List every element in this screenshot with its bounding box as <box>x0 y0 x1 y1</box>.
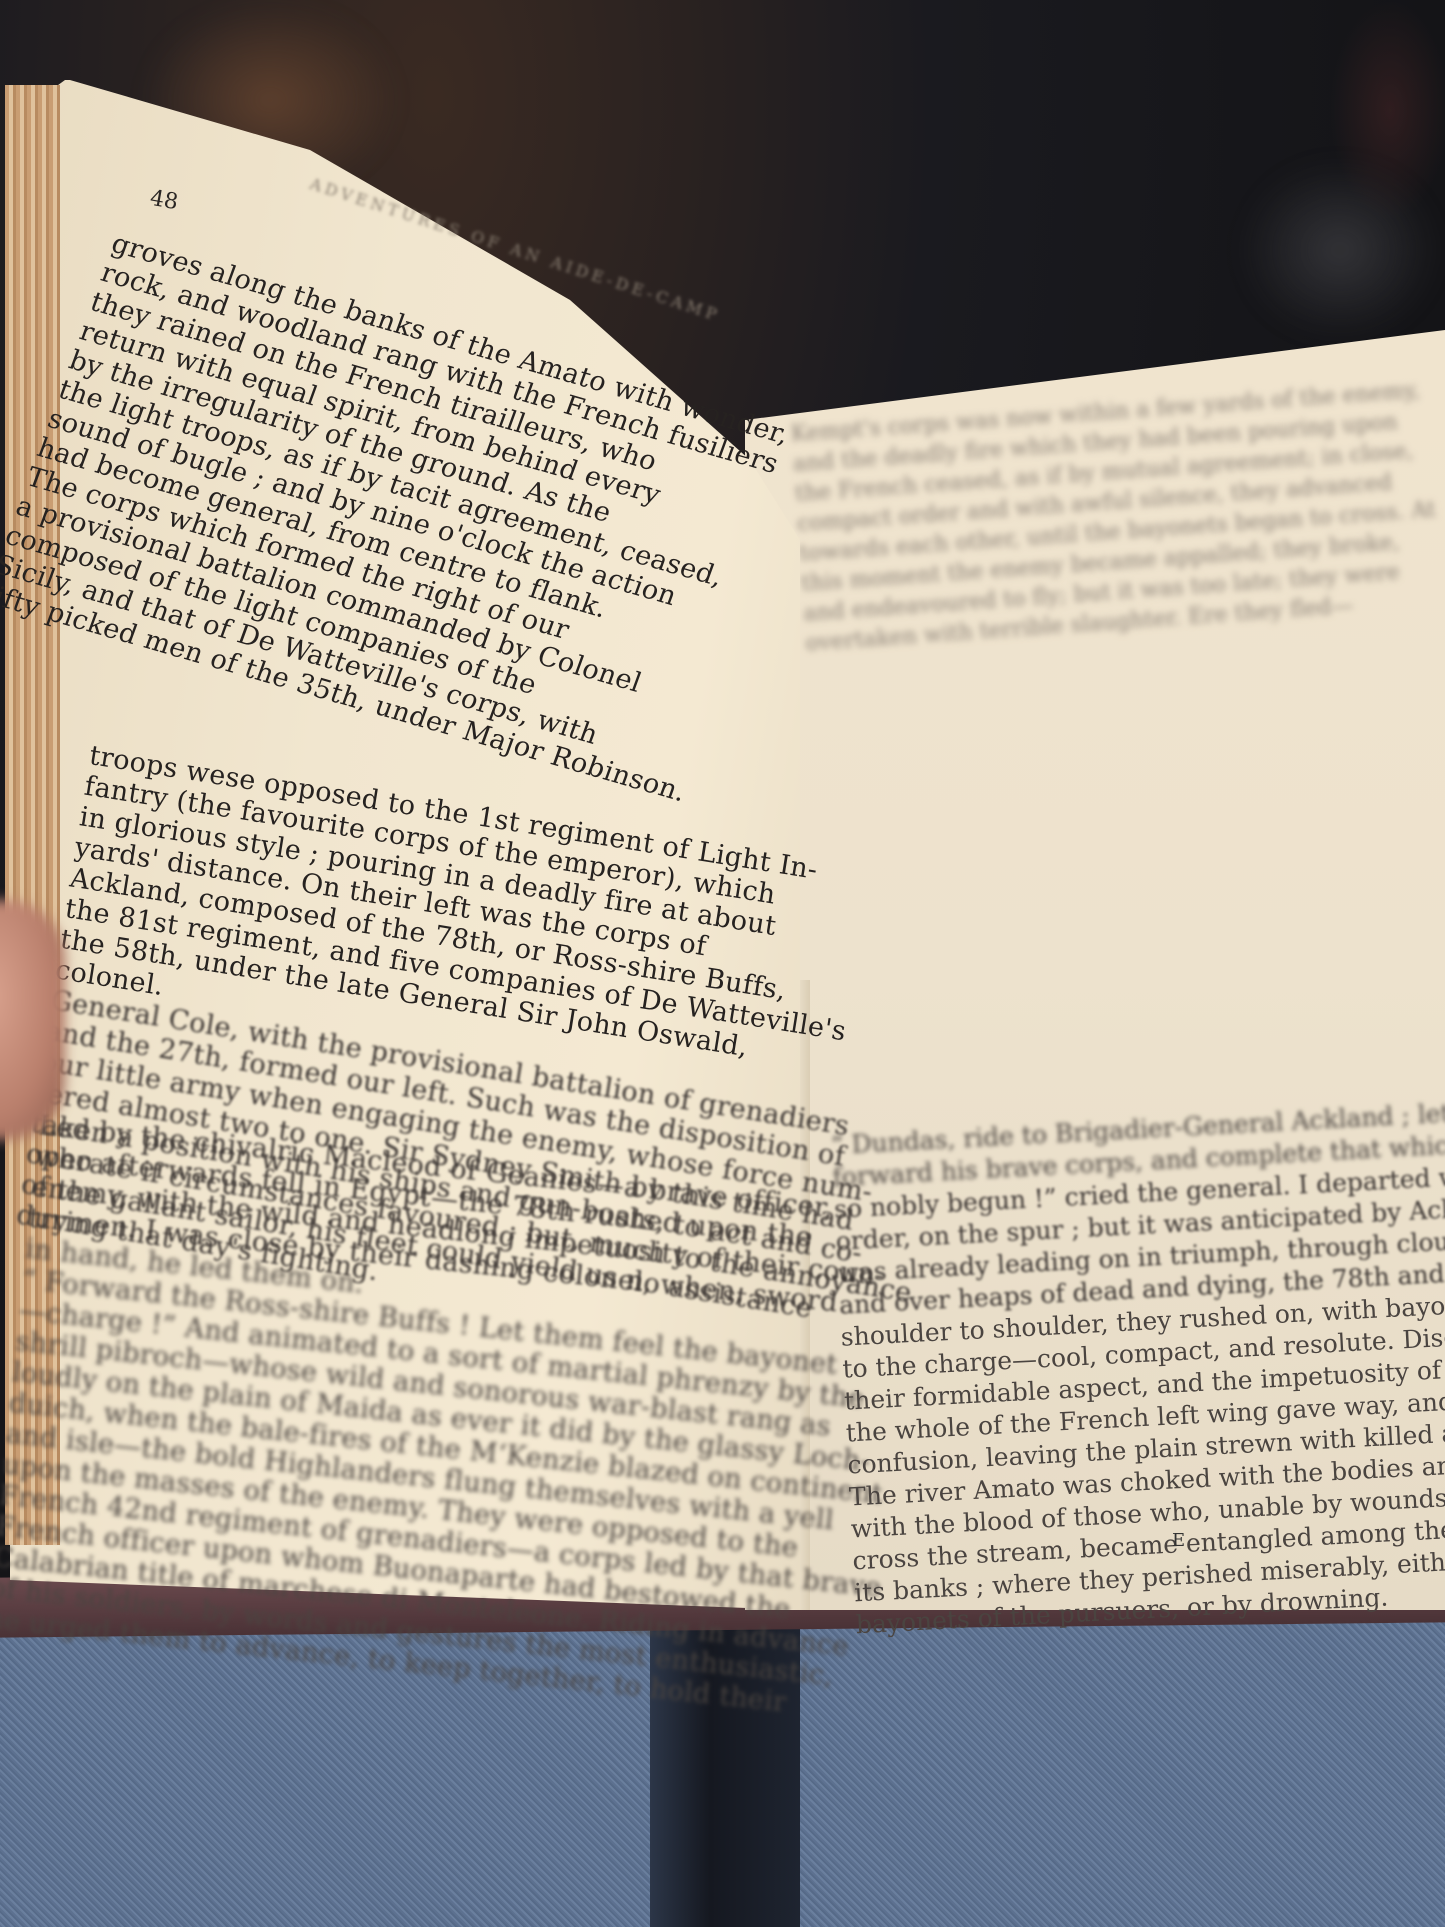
left-page-text-bottom: Led by the chivalric Macleod of Geanies—… <box>0 1110 922 1727</box>
page-number: 48 <box>148 186 180 215</box>
signature-mark: E <box>1172 1530 1185 1551</box>
thumb <box>0 900 65 1140</box>
background-blur-red <box>1330 0 1445 220</box>
